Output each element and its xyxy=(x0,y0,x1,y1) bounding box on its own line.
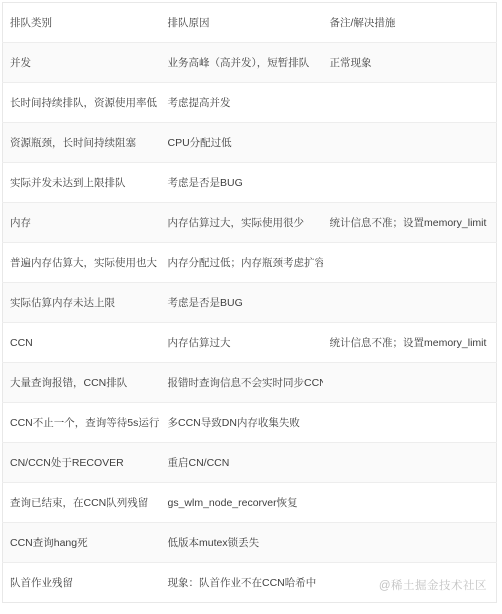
cell-queue-reason: 考虑是否是BUG xyxy=(161,283,323,323)
cell-remark-solution xyxy=(323,443,497,483)
cell-queue-category: 查询已结束，在CCN队列残留 xyxy=(3,483,161,523)
juejin-watermark: @稀土掘金技术社区 xyxy=(379,577,487,593)
table-row: 查询已结束，在CCN队列残留 gs_wlm_node_recorver恢复 xyxy=(3,483,497,523)
cell-queue-category: 长时间持续排队，资源使用率低 xyxy=(3,83,161,123)
cell-queue-category: CCN查询hang死 xyxy=(3,523,161,563)
cell-queue-reason: 内存分配过低；内存瓶颈考虑扩容 xyxy=(161,243,323,283)
article-table-page: 排队类别 排队原因 备注/解决措施 并发 业务高峰（高并发），短暂排队 正常现象… xyxy=(0,0,502,614)
cell-queue-reason: 业务高峰（高并发），短暂排队 xyxy=(161,43,323,83)
table-row: 长时间持续排队，资源使用率低 考虑提高并发 xyxy=(3,83,497,123)
cell-queue-reason: 考虑是否是BUG xyxy=(161,163,323,203)
queue-analysis-table: 排队类别 排队原因 备注/解决措施 并发 业务高峰（高并发），短暂排队 正常现象… xyxy=(2,2,497,603)
cell-queue-reason: CPU分配过低 xyxy=(161,123,323,163)
cell-queue-reason: 内存估算过大，实际使用很少 xyxy=(161,203,323,243)
table-row: 大量查询报错，CCN排队 报错时查询信息不会实时同步CCN xyxy=(3,363,497,403)
table-row: 普遍内存估算大，实际使用也大 内存分配过低；内存瓶颈考虑扩容 xyxy=(3,243,497,283)
cell-queue-reason: 重启CN/CCN xyxy=(161,443,323,483)
column-header-queue-category: 排队类别 xyxy=(3,3,161,43)
cell-queue-category: 队首作业残留 xyxy=(3,563,161,603)
table-row: 实际估算内存未达上限 考虑是否是BUG xyxy=(3,283,497,323)
cell-queue-reason: 报错时查询信息不会实时同步CCN xyxy=(161,363,323,403)
cell-remark-solution xyxy=(323,403,497,443)
cell-queue-category: 内存 xyxy=(3,203,161,243)
cell-queue-category: 并发 xyxy=(3,43,161,83)
cell-queue-category: 大量查询报错，CCN排队 xyxy=(3,363,161,403)
table-body: 并发 业务高峰（高并发），短暂排队 正常现象 长时间持续排队，资源使用率低 考虑… xyxy=(3,43,497,603)
cell-queue-category: CCN不止一个，查询等待5s运行 xyxy=(3,403,161,443)
table-row: CCN查询hang死 低版本mutex锁丢失 xyxy=(3,523,497,563)
table-row: 实际并发未达到上限排队 考虑是否是BUG xyxy=(3,163,497,203)
cell-remark-solution: 统计信息不准；设置memory_limit xyxy=(323,203,497,243)
cell-queue-reason: 多CCN导致DN内存收集失败 xyxy=(161,403,323,443)
cell-remark-solution xyxy=(323,243,497,283)
cell-queue-category: 实际并发未达到上限排队 xyxy=(3,163,161,203)
column-header-queue-reason: 排队原因 xyxy=(161,3,323,43)
cell-remark-solution xyxy=(323,363,497,403)
cell-queue-reason: 现象：队首作业不在CCN哈希中 xyxy=(161,563,323,603)
table-row: 内存 内存估算过大，实际使用很少 统计信息不准；设置memory_limit xyxy=(3,203,497,243)
cell-remark-solution xyxy=(323,163,497,203)
table-header-row: 排队类别 排队原因 备注/解决措施 xyxy=(3,3,497,43)
cell-queue-category: 普遍内存估算大，实际使用也大 xyxy=(3,243,161,283)
table-row: CCN 内存估算过大 统计信息不准；设置memory_limit xyxy=(3,323,497,363)
cell-remark-solution xyxy=(323,483,497,523)
cell-remark-solution xyxy=(323,523,497,563)
cell-queue-reason: gs_wlm_node_recorver恢复 xyxy=(161,483,323,523)
cell-queue-category: CN/CCN处于RECOVER xyxy=(3,443,161,483)
table-row: 资源瓶颈，长时间持续阻塞 CPU分配过低 xyxy=(3,123,497,163)
cell-queue-category: 资源瓶颈，长时间持续阻塞 xyxy=(3,123,161,163)
cell-queue-category: 实际估算内存未达上限 xyxy=(3,283,161,323)
cell-queue-category: CCN xyxy=(3,323,161,363)
cell-queue-reason: 低版本mutex锁丢失 xyxy=(161,523,323,563)
table-row: CN/CCN处于RECOVER 重启CN/CCN xyxy=(3,443,497,483)
cell-remark-solution xyxy=(323,83,497,123)
column-header-remark-solution: 备注/解决措施 xyxy=(323,3,497,43)
cell-remark-solution: 正常现象 xyxy=(323,43,497,83)
table-row: 并发 业务高峰（高并发），短暂排队 正常现象 xyxy=(3,43,497,83)
cell-remark-solution: 统计信息不准；设置memory_limit xyxy=(323,323,497,363)
cell-queue-reason: 内存估算过大 xyxy=(161,323,323,363)
table-row: CCN不止一个，查询等待5s运行 多CCN导致DN内存收集失败 xyxy=(3,403,497,443)
cell-remark-solution xyxy=(323,283,497,323)
cell-remark-solution xyxy=(323,123,497,163)
cell-queue-reason: 考虑提高并发 xyxy=(161,83,323,123)
